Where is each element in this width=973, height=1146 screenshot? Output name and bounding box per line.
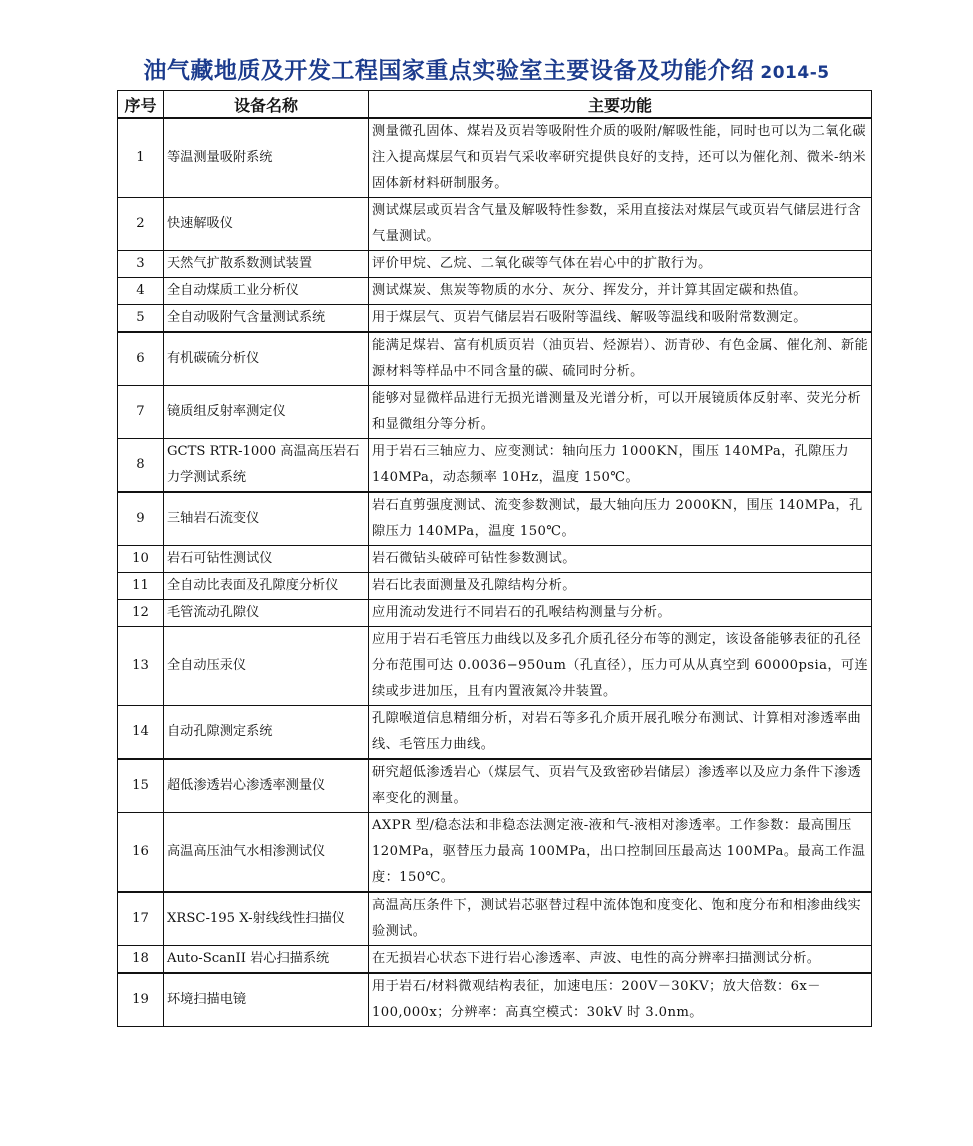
row-name: XRSC-195 X-射线线性扫描仪: [164, 892, 369, 946]
row-function: 研究超低渗透岩心（煤层气、页岩气及致密砂岩储层）渗透率以及应力条件下渗透率变化的…: [369, 759, 872, 813]
row-function: 测试煤炭、焦炭等物质的水分、灰分、挥发分，并计算其固定碳和热值。: [369, 278, 872, 305]
row-function: 岩石直剪强度测试、流变参数测试，最大轴向压力 2000KN，围压 140MPa，…: [369, 492, 872, 546]
row-name: 等温测量吸附系统: [164, 118, 369, 198]
row-function: 高温高压条件下，测试岩芯驱替过程中流体饱和度变化、饱和度分布和相渗曲线实验测试。: [369, 892, 872, 946]
row-name: GCTS RTR-1000 高温高压岩石力学测试系统: [164, 439, 369, 493]
row-name: 有机碳硫分析仪: [164, 332, 369, 386]
table-row: 11全自动比表面及孔隙度分析仪岩石比表面测量及孔隙结构分析。: [118, 573, 872, 600]
table-row: 9三轴岩石流变仪岩石直剪强度测试、流变参数测试，最大轴向压力 2000KN，围压…: [118, 492, 872, 546]
table-row: 17XRSC-195 X-射线线性扫描仪高温高压条件下，测试岩芯驱替过程中流体饱…: [118, 892, 872, 946]
row-function: 在无损岩心状态下进行岩心渗透率、声波、电性的高分辨率扫描测试分析。: [369, 946, 872, 974]
row-function: 能满足煤岩、富有机质页岩（油页岩、烃源岩）、沥青砂、有色金属、催化剂、新能源材料…: [369, 332, 872, 386]
row-name: 镜质组反射率测定仪: [164, 386, 369, 439]
row-function: 能够对显微样品进行无损光谱测量及光谱分析，可以开展镜质体反射率、荧光分析和显微组…: [369, 386, 872, 439]
row-name: 全自动比表面及孔隙度分析仪: [164, 573, 369, 600]
row-name: 自动孔隙测定系统: [164, 706, 369, 760]
table-row: 3天然气扩散系数测试装置评价甲烷、乙烷、二氧化碳等气体在岩心中的扩散行为。: [118, 251, 872, 278]
row-function: 评价甲烷、乙烷、二氧化碳等气体在岩心中的扩散行为。: [369, 251, 872, 278]
table-row: 10岩石可钻性测试仪岩石微钻头破碎可钻性参数测试。: [118, 546, 872, 573]
row-function: 用于煤层气、页岩气储层岩石吸附等温线、解吸等温线和吸附常数测定。: [369, 305, 872, 333]
row-index: 10: [118, 546, 164, 573]
row-name: 全自动压汞仪: [164, 627, 369, 706]
row-function: 用于岩石/材料微观结构表征，加速电压：200V－30KV；放大倍数：6x－100…: [369, 973, 872, 1027]
table-row: 15超低渗透岩心渗透率测量仪研究超低渗透岩心（煤层气、页岩气及致密砂岩储层）渗透…: [118, 759, 872, 813]
table-row: 2快速解吸仪测试煤层或页岩含气量及解吸特性参数，采用直接法对煤层气或页岩气储层进…: [118, 198, 872, 251]
table-row: 12毛管流动孔隙仪应用流动发进行不同岩石的孔喉结构测量与分析。: [118, 600, 872, 627]
row-function: 岩石比表面测量及孔隙结构分析。: [369, 573, 872, 600]
row-name: 三轴岩石流变仪: [164, 492, 369, 546]
row-index: 2: [118, 198, 164, 251]
table-row: 6有机碳硫分析仪能满足煤岩、富有机质页岩（油页岩、烃源岩）、沥青砂、有色金属、催…: [118, 332, 872, 386]
table-row: 19环境扫描电镜用于岩石/材料微观结构表征，加速电压：200V－30KV；放大倍…: [118, 973, 872, 1027]
table-row: 14自动孔隙测定系统孔隙喉道信息精细分析，对岩石等多孔介质开展孔喉分布测试、计算…: [118, 706, 872, 760]
row-index: 6: [118, 332, 164, 386]
row-function: 应用于岩石毛管压力曲线以及多孔介质孔径分布等的测定，该设备能够表征的孔径分布范围…: [369, 627, 872, 706]
table-row: 5全自动吸附气含量测试系统用于煤层气、页岩气储层岩石吸附等温线、解吸等温线和吸附…: [118, 305, 872, 333]
row-index: 17: [118, 892, 164, 946]
table-row: 1等温测量吸附系统测量微孔固体、煤岩及页岩等吸附性介质的吸附/解吸性能，同时也可…: [118, 118, 872, 198]
row-index: 5: [118, 305, 164, 333]
title-date: 2014-5: [760, 63, 829, 83]
row-name: 岩石可钻性测试仪: [164, 546, 369, 573]
row-name: 环境扫描电镜: [164, 973, 369, 1027]
row-index: 13: [118, 627, 164, 706]
document-title: 油气藏地质及开发工程国家重点实验室主要设备及功能介绍2014-5: [0, 52, 973, 85]
row-name: 毛管流动孔隙仪: [164, 600, 369, 627]
row-name: 高温高压油气水相渗测试仪: [164, 813, 369, 893]
title-text: 油气藏地质及开发工程国家重点实验室主要设备及功能介绍: [143, 58, 754, 84]
row-index: 9: [118, 492, 164, 546]
table-row: 18Auto-ScanII 岩心扫描系统在无损岩心状态下进行岩心渗透率、声波、电…: [118, 946, 872, 974]
row-name: 全自动煤质工业分析仪: [164, 278, 369, 305]
row-index: 18: [118, 946, 164, 974]
row-function: 用于岩石三轴应力、应变测试：轴向压力 1000KN，围压 140MPa，孔隙压力…: [369, 439, 872, 493]
row-index: 11: [118, 573, 164, 600]
row-name: 超低渗透岩心渗透率测量仪: [164, 759, 369, 813]
header-name: 设备名称: [164, 91, 369, 119]
row-index: 3: [118, 251, 164, 278]
table-row: 16高温高压油气水相渗测试仪AXPR 型/稳态法和非稳态法测定液-液和气-液相对…: [118, 813, 872, 893]
row-index: 4: [118, 278, 164, 305]
row-index: 19: [118, 973, 164, 1027]
row-function: 测量微孔固体、煤岩及页岩等吸附性介质的吸附/解吸性能，同时也可以为二氧化碳注入提…: [369, 118, 872, 198]
row-function: 岩石微钻头破碎可钻性参数测试。: [369, 546, 872, 573]
table-header-row: 序号 设备名称 主要功能: [118, 91, 872, 119]
row-index: 16: [118, 813, 164, 893]
row-name: 天然气扩散系数测试装置: [164, 251, 369, 278]
table-row: 7镜质组反射率测定仪能够对显微样品进行无损光谱测量及光谱分析，可以开展镜质体反射…: [118, 386, 872, 439]
row-index: 15: [118, 759, 164, 813]
row-index: 14: [118, 706, 164, 760]
table-row: 13全自动压汞仪应用于岩石毛管压力曲线以及多孔介质孔径分布等的测定，该设备能够表…: [118, 627, 872, 706]
row-function: 测试煤层或页岩含气量及解吸特性参数，采用直接法对煤层气或页岩气储层进行含气量测试…: [369, 198, 872, 251]
table-row: 8GCTS RTR-1000 高温高压岩石力学测试系统用于岩石三轴应力、应变测试…: [118, 439, 872, 493]
header-function: 主要功能: [369, 91, 872, 119]
row-name: Auto-ScanII 岩心扫描系统: [164, 946, 369, 974]
row-name: 全自动吸附气含量测试系统: [164, 305, 369, 333]
row-function: AXPR 型/稳态法和非稳态法测定液-液和气-液相对渗透率。工作参数：最高围压 …: [369, 813, 872, 893]
equipment-table: 序号 设备名称 主要功能 1等温测量吸附系统测量微孔固体、煤岩及页岩等吸附性介质…: [117, 90, 872, 1027]
row-name: 快速解吸仪: [164, 198, 369, 251]
row-function: 应用流动发进行不同岩石的孔喉结构测量与分析。: [369, 600, 872, 627]
header-index: 序号: [118, 91, 164, 119]
row-index: 1: [118, 118, 164, 198]
row-index: 12: [118, 600, 164, 627]
table-row: 4全自动煤质工业分析仪测试煤炭、焦炭等物质的水分、灰分、挥发分，并计算其固定碳和…: [118, 278, 872, 305]
row-index: 8: [118, 439, 164, 493]
row-function: 孔隙喉道信息精细分析，对岩石等多孔介质开展孔喉分布测试、计算相对渗透率曲线、毛管…: [369, 706, 872, 760]
row-index: 7: [118, 386, 164, 439]
